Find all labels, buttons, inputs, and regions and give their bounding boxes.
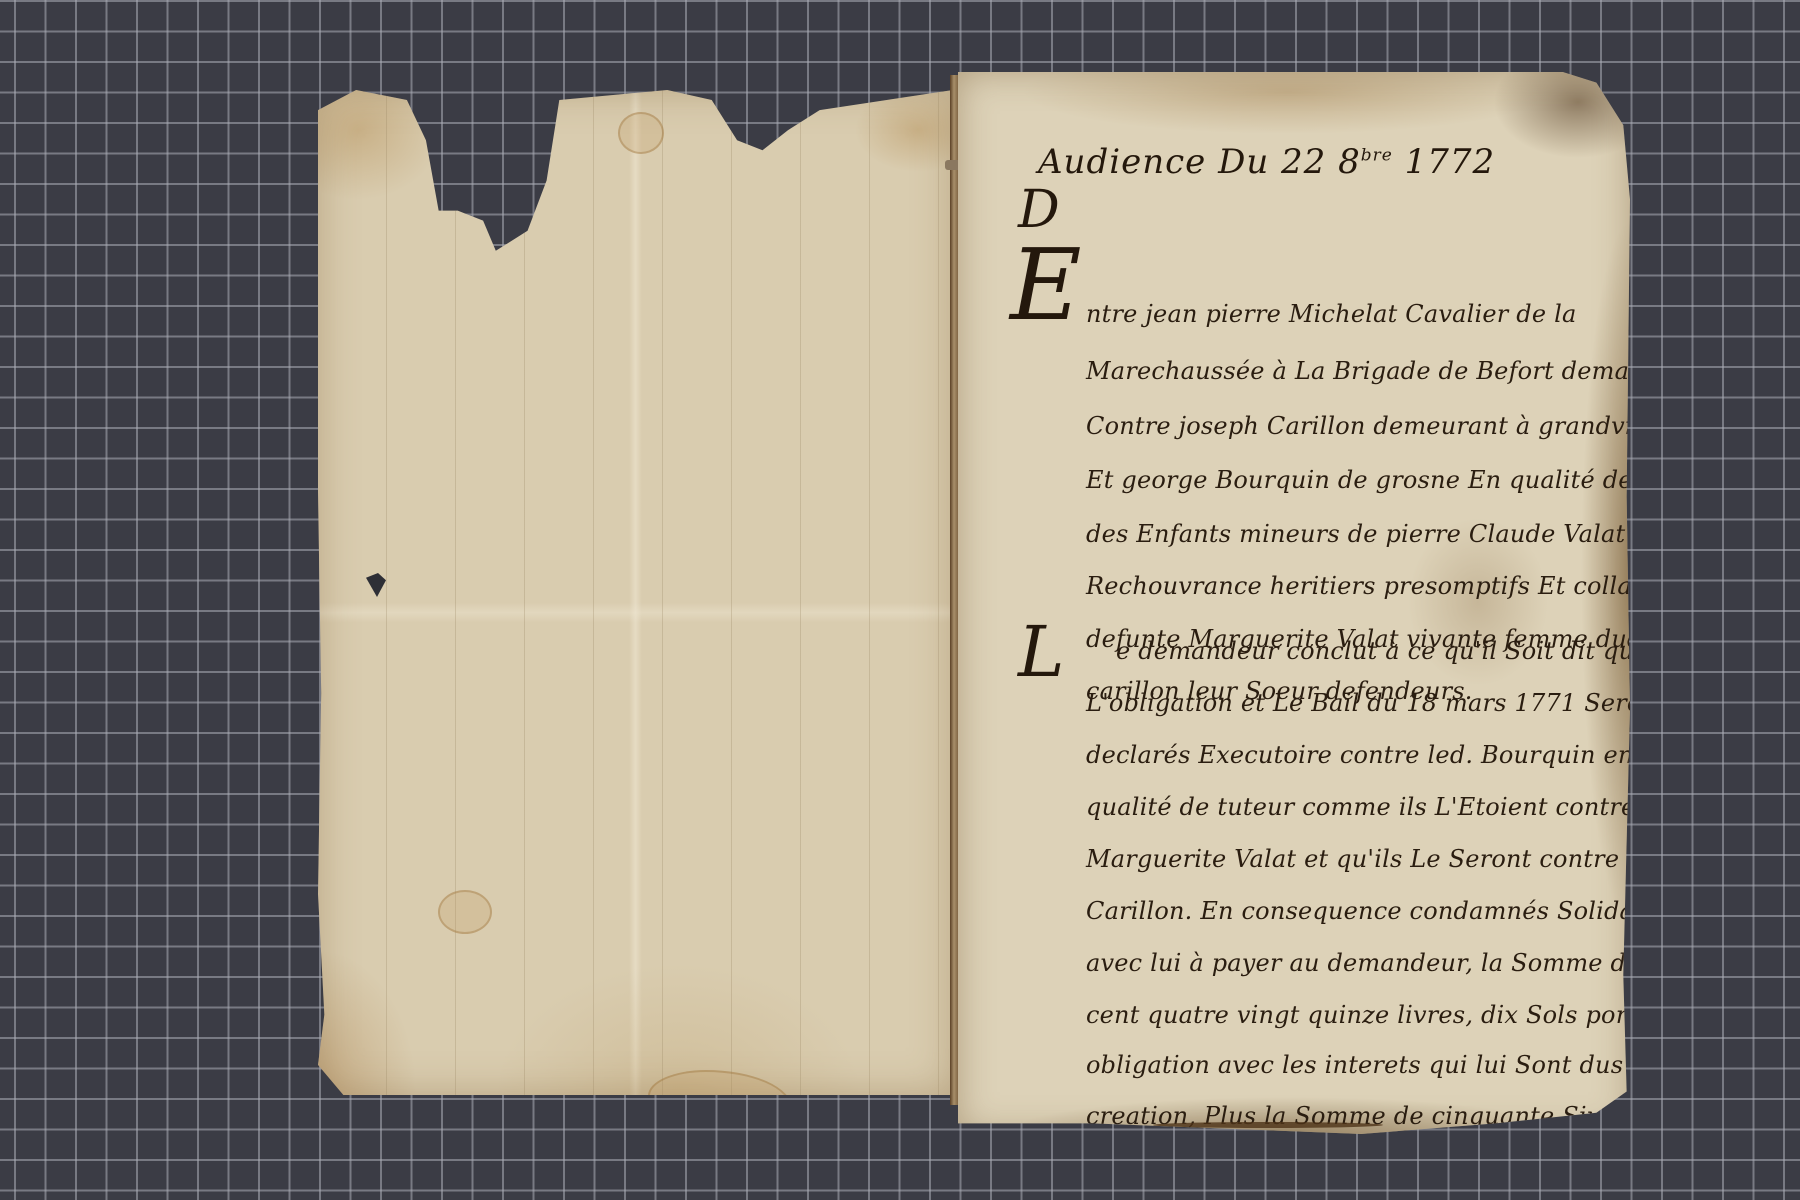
text-line: Marechaussée à La Brigade de Befort dema… xyxy=(1086,357,1702,385)
water-stain xyxy=(618,112,664,154)
left-page xyxy=(318,90,953,1095)
manuscript-text: Audience Du 22 8bre 1772 D E ntre jean p… xyxy=(958,72,1630,1134)
ink-flourish xyxy=(1153,1122,1383,1128)
text-line: Marguerite Valat et qu'ils Le Seront con… xyxy=(1086,845,1673,873)
text-line: Et george Bourquin de grosne En qualité … xyxy=(1086,466,1718,494)
paragraph-1-initial: E xyxy=(1010,237,1082,335)
text-line: L'obligation et Le Bail du 18 mars 1771 … xyxy=(1086,689,1667,717)
right-page: Audience Du 22 8bre 1772 D E ntre jean p… xyxy=(958,72,1630,1134)
text-line: avec lui à payer au demandeur, la Somme … xyxy=(1086,949,1730,977)
water-stain xyxy=(453,130,517,189)
open-manuscript: Audience Du 22 8bre 1772 D E ntre jean p… xyxy=(0,0,1800,1200)
text-line: ntre jean pierre Michelat Cavalier de la xyxy=(1086,300,1576,328)
text-line: Rechouvrance heritiers presomptifs Et co… xyxy=(1086,572,1750,600)
text-line: Contre joseph Carillon demeurant à grand… xyxy=(1086,412,1687,440)
heading-text: Audience Du 22 8 xyxy=(1038,142,1361,182)
water-stain xyxy=(438,890,492,934)
text-line: declarés Executoire contre led. Bourquin… xyxy=(1086,741,1720,769)
page-ruling-lines xyxy=(318,90,953,1095)
text-line: qualité de tuteur comme ils L'Etoient co… xyxy=(1086,793,1722,821)
page-heading: Audience Du 22 8bre 1772 xyxy=(1038,142,1495,182)
text-line: obligation avec les interets qui lui Son… xyxy=(1086,1051,1752,1079)
text-line: e demandeur conclut à ce qu'il Soit dit … xyxy=(1116,637,1649,665)
paragraph-2-initial: L xyxy=(1018,617,1064,687)
text-line: Carillon. En consequence condamnés Solid… xyxy=(1086,897,1731,925)
heading-superscript: bre xyxy=(1361,146,1393,166)
text-line: cent quatre vingt quinze livres, dix Sol… xyxy=(1086,1001,1782,1029)
text-line: des Enfants mineurs de pierre Claude Val… xyxy=(1086,520,1663,548)
heading-year: 1772 xyxy=(1405,142,1496,182)
